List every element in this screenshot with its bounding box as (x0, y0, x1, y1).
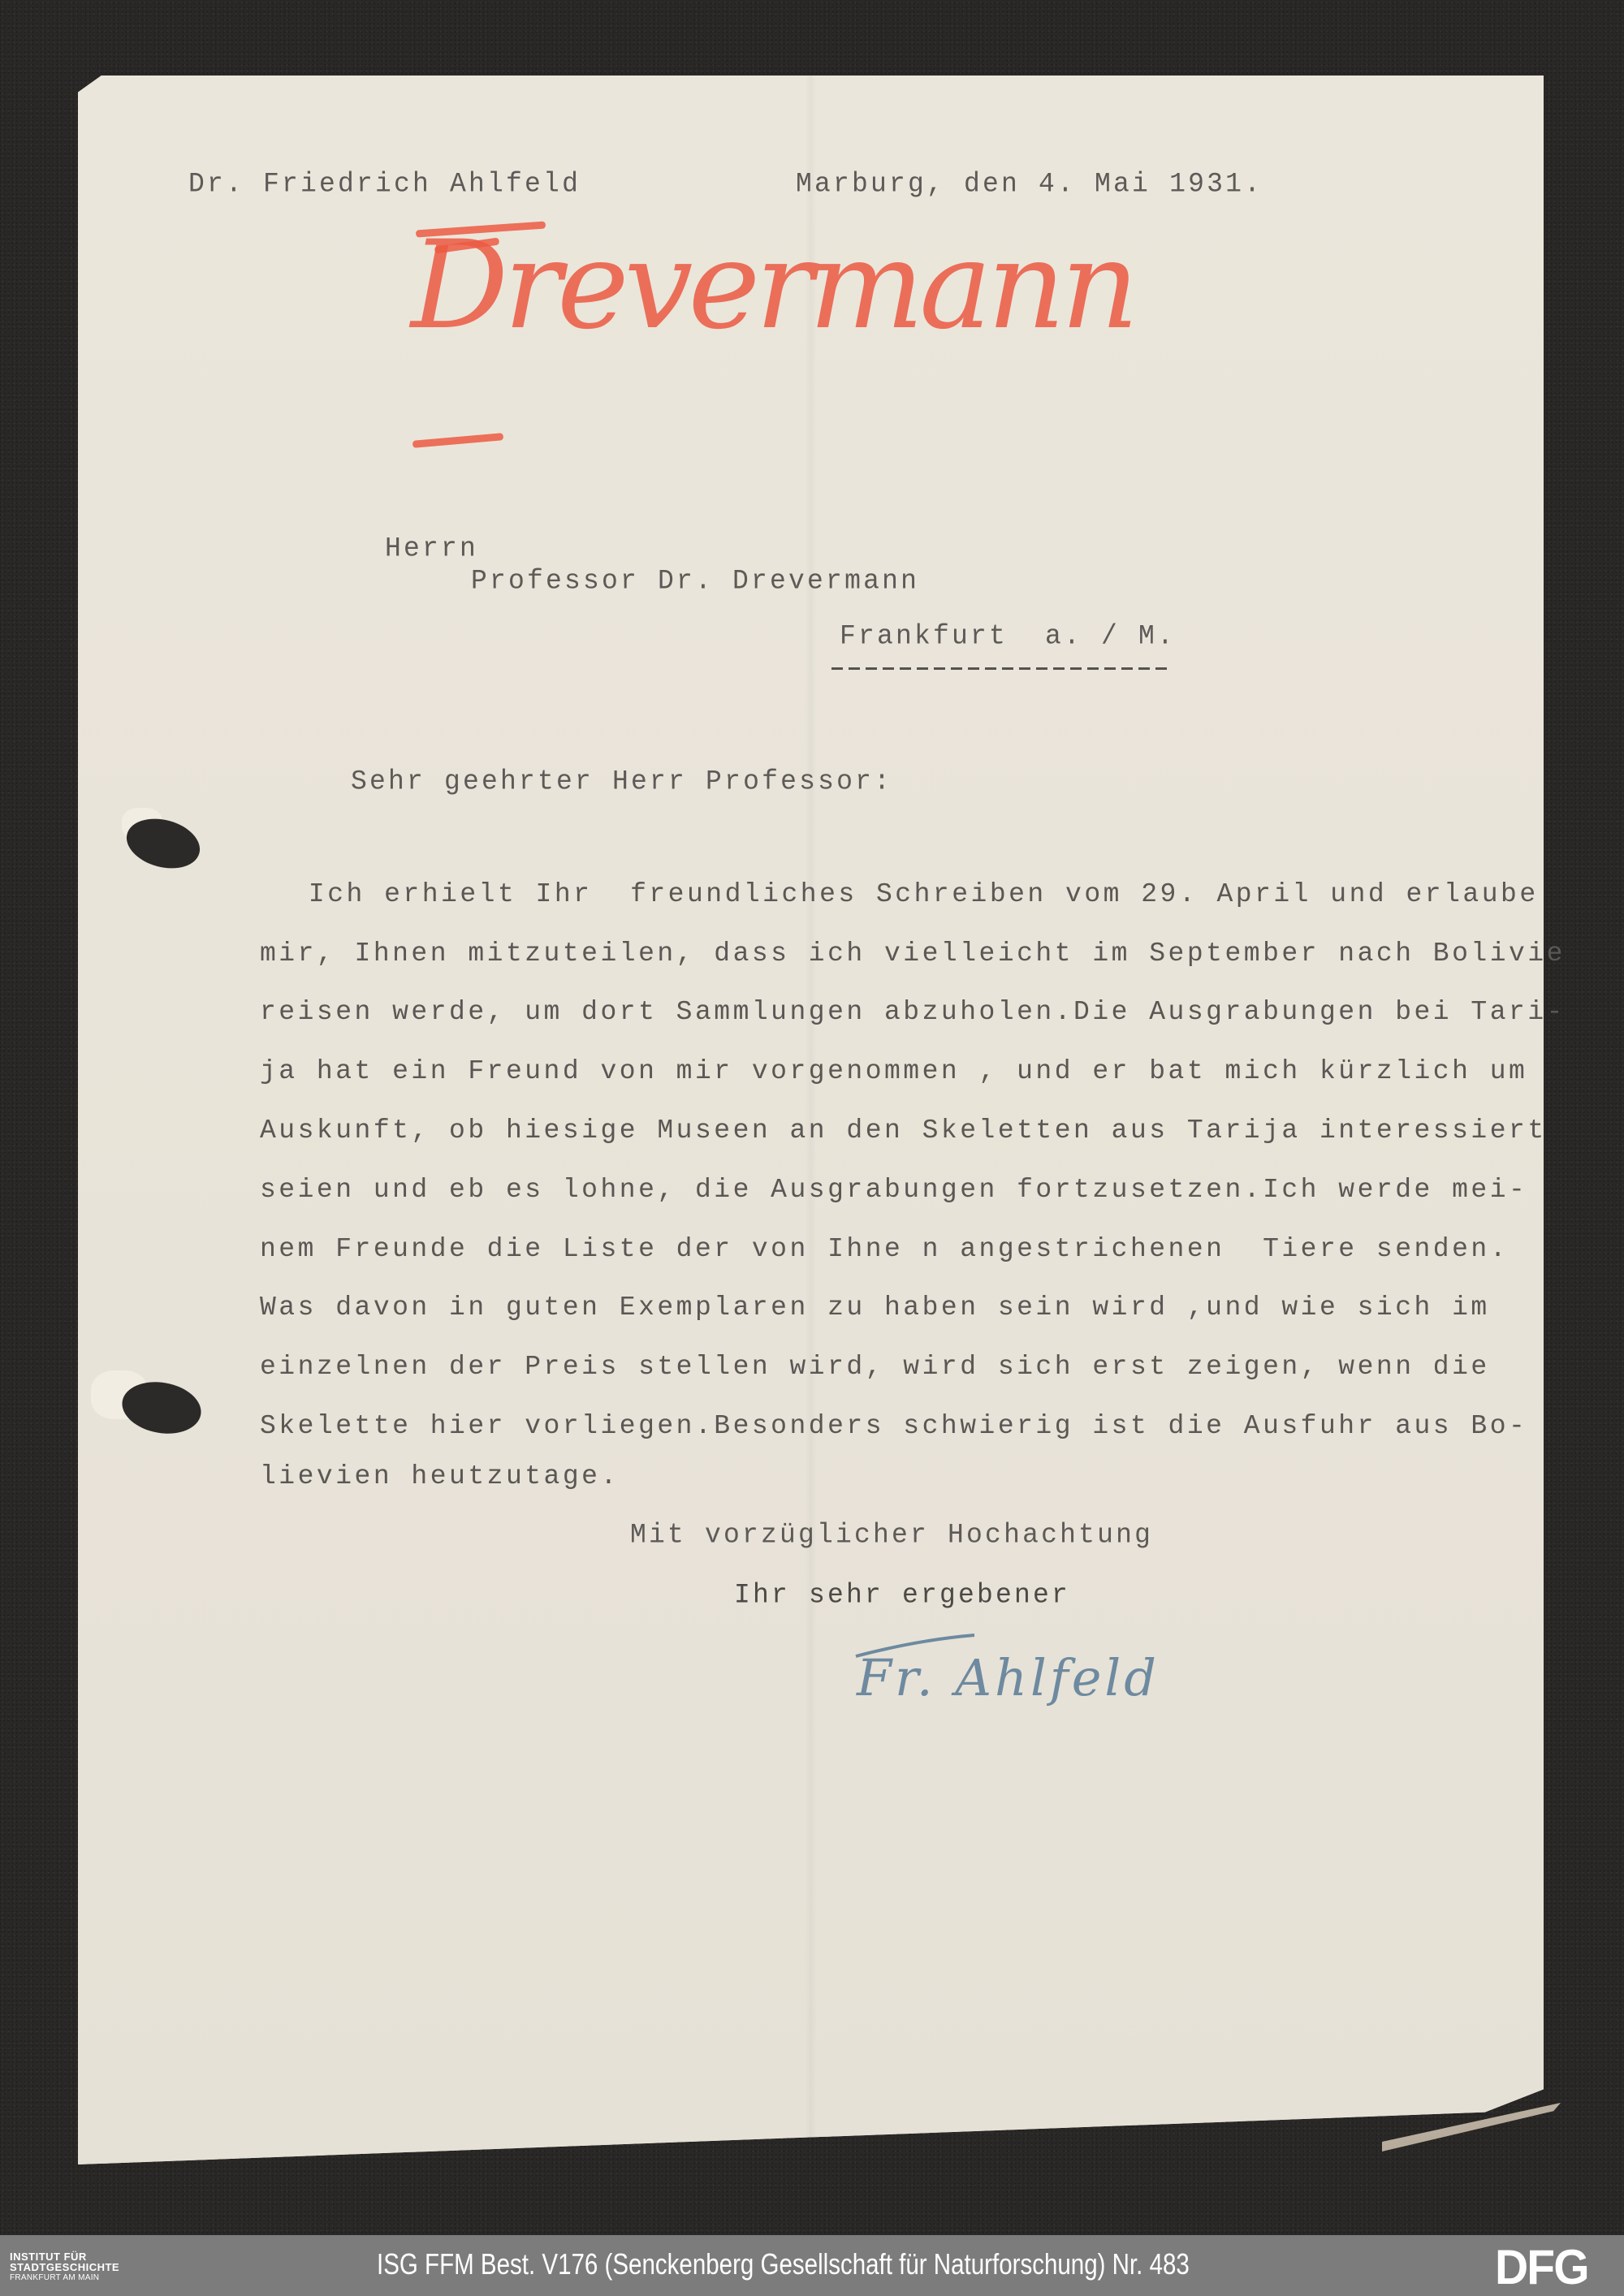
dfg-logo: DFG (1495, 2243, 1588, 2292)
body-line: mir, Ihnen mitzuteilen, dass ich viellei… (260, 939, 1566, 969)
red-annotation-drevermann: Drevermann (411, 215, 1134, 356)
closing-2: Ihr sehr ergebener (734, 1579, 1070, 1611)
greeting: Sehr geehrter Herr Professor: (351, 766, 892, 797)
body-line: einzelnen der Preis stellen wird, wird s… (260, 1352, 1490, 1382)
handwritten-signature: Fr. Ahlfeld (857, 1648, 1160, 1707)
body-line: seien und eb es lohne, die Ausgrabungen … (260, 1175, 1527, 1205)
archive-footer-bar: INSTITUT FÜR STADTGESCHICHTE FRANKFURT A… (0, 2235, 1624, 2296)
body-line: Was davon in guten Exemplaren zu haben s… (260, 1293, 1490, 1323)
body-line: nem Freunde die Liste der von Ihne n ang… (260, 1234, 1509, 1264)
body-line: Ich erhielt Ihr freundliches Schreiben v… (252, 879, 1539, 909)
recipient-city: Frankfurt a. / M. (840, 620, 1176, 652)
closing: Mit vorzüglicher Hochachtung (630, 1519, 1153, 1551)
place-date: Marburg, den 4. Mai 1931. (796, 168, 1263, 200)
body-line: lievien heutzutage. (260, 1461, 620, 1491)
recipient-name: Professor Dr. Drevermann (471, 565, 919, 597)
archive-caption: ISG FFM Best. V176 (Senckenberg Gesellsc… (377, 2247, 1190, 2281)
body-line: Auskunft, ob hiesige Museen an den Skele… (260, 1116, 1547, 1146)
body-line: reisen werde, um dort Sammlungen abzuhol… (260, 997, 1566, 1027)
institute-line-2: STADTGESCHICHTE (10, 2262, 119, 2272)
body-line: ja hat ein Freund von mir vorgenommen , … (260, 1056, 1527, 1086)
city-underline (831, 667, 1168, 670)
institute-line-3: FRANKFURT AM MAIN (10, 2272, 119, 2283)
body-line: Skelette hier vorliegen.Besonders schwie… (260, 1411, 1527, 1441)
sender-name: Dr. Friedrich Ahlfeld (188, 168, 581, 200)
recipient-salutation: Herrn (385, 533, 478, 564)
institute-logo: INSTITUT FÜR STADTGESCHICHTE FRANKFURT A… (10, 2251, 119, 2283)
